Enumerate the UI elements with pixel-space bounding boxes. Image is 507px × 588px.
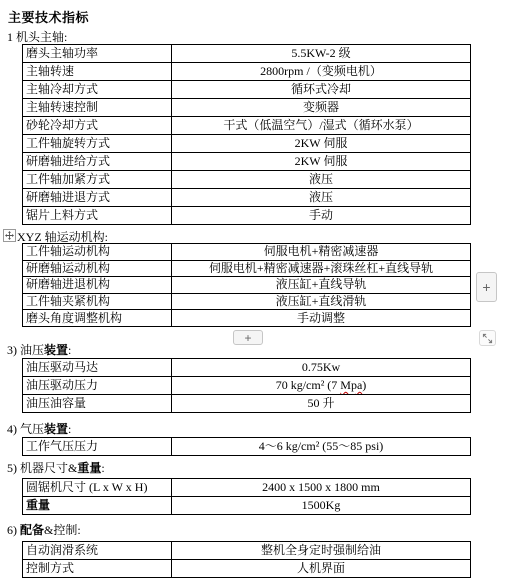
table-row: 油压驱动压力70 kg/cm² (7 Mpa) [23,377,471,395]
spec-label-cell: 自动润滑系统 [23,542,172,560]
spec-label-cell: 工件轴加紧方式 [23,171,172,189]
spec-value-cell: 液压 [172,171,471,189]
spec-value-cell: 伺服电机+精密减速器 [172,244,471,261]
section-heading-hydraulic: 3) 油压装置: [7,343,71,357]
document-page: 主要技术指标 1 机头主轴: 磨头主轴功率5.5KW-2 级主轴转速2800rp… [0,0,507,588]
table-resize-handle[interactable] [479,330,496,346]
spec-label-cell: 研磨轴进给方式 [23,153,172,171]
spec-label-cell: 主轴转速控制 [23,99,172,117]
table-row: 研磨轴进退机构液压缸+直线导轨 [23,277,471,294]
spec-label-cell: 砂轮冷却方式 [23,117,172,135]
spec-label-cell: 圆锯机尺寸 (L x W x H) [23,479,172,497]
spec-label-cell: 控制方式 [23,560,172,578]
spec-value-cell: 70 kg/cm² (7 Mpa) [172,377,471,395]
spec-table-spindle: 磨头主轴功率5.5KW-2 级主轴转速2800rpm /（变频电机）主轴冷却方式… [22,44,471,225]
section-heading-dimensions: 5) 机器尺寸&重量: [7,461,105,475]
spec-value-cell: 0.75Kw [172,359,471,377]
table-row: 锯片上料方式手动 [23,207,471,225]
table-row: 主轴冷却方式循环式冷却 [23,81,471,99]
table-row: 重量1500Kg [23,497,471,515]
table-row: 油压驱动马达0.75Kw [23,359,471,377]
spec-label-cell: 工件轴旋转方式 [23,135,172,153]
spec-value-cell: 2400 x 1500 x 1800 mm [172,479,471,497]
spec-value-cell: 手动调整 [172,310,471,327]
section-heading-spindle: 1 机头主轴: [7,30,67,44]
table-row: 工件轴旋转方式2KW 伺服 [23,135,471,153]
spec-label-cell: 工件轴夹紧机构 [23,293,172,310]
table-row: 工件轴加紧方式液压 [23,171,471,189]
table-row: 工件轴运动机构伺服电机+精密减速器 [23,244,471,261]
spec-value-cell: 1500Kg [172,497,471,515]
spec-table-pneumatic: 工作气压压力4～6 kg/cm² (55～85 psi) [22,437,471,456]
spec-value-cell: 液压缸+直线滑轨 [172,293,471,310]
spec-value-cell: 液压缸+直线导轨 [172,277,471,294]
spec-value-cell: 变频器 [172,99,471,117]
section-heading-xyz-motion: XYZ 轴运动机构: [17,230,108,244]
table-row: 圆锯机尺寸 (L x W x H)2400 x 1500 x 1800 mm [23,479,471,497]
spec-value-cell: 50 升 [172,395,471,413]
spec-value-cell: 循环式冷却 [172,81,471,99]
misspelled-word: Mpa [340,378,362,392]
table-row: 主轴转速2800rpm /（变频电机） [23,63,471,81]
table-row: 研磨轴进给方式2KW 伺服 [23,153,471,171]
spec-table-xyz-motion: 工件轴运动机构伺服电机+精密减速器研磨轴运动机构伺服电机+精密减速器+滚珠丝杠+… [22,243,471,327]
spec-value-cell: 2800rpm /（变频电机） [172,63,471,81]
table-row: 研磨轴进退方式液压 [23,189,471,207]
spec-label-cell: 重量 [23,497,172,515]
table-row: 研磨轴运动机构伺服电机+精密减速器+滚珠丝杠+直线导轨 [23,260,471,277]
spec-value-cell: 4～6 kg/cm² (55～85 psi) [172,438,471,456]
diagonal-resize-icon [482,333,493,344]
spec-table-dimensions: 圆锯机尺寸 (L x W x H)2400 x 1500 x 1800 mm重量… [22,478,471,515]
four-direction-arrows-icon [5,231,14,240]
table-row: 油压油容量50 升 [23,395,471,413]
table-row: 主轴转速控制变频器 [23,99,471,117]
spec-label-cell: 工作气压压力 [23,438,172,456]
table-row: 控制方式人机界面 [23,560,471,578]
spec-label-cell: 主轴转速 [23,63,172,81]
spec-label-cell: 磨头主轴功率 [23,45,172,63]
spec-label-cell: 研磨轴运动机构 [23,260,172,277]
spec-value-cell: 干式（低温空气）/湿式（循环水泵） [172,117,471,135]
spec-label-cell: 主轴冷却方式 [23,81,172,99]
table-row: 自动润滑系统整机全身定时强制给油 [23,542,471,560]
plus-icon: + [244,332,251,344]
spec-label-cell: 研磨轴进退机构 [23,277,172,294]
spec-value-cell: 2KW 伺服 [172,153,471,171]
spec-value-cell: 5.5KW-2 级 [172,45,471,63]
section-heading-pneumatic: 4) 气压装置: [7,422,71,436]
table-row: 工作气压压力4～6 kg/cm² (55～85 psi) [23,438,471,456]
insert-column-button[interactable]: + [476,272,497,302]
spec-label-cell: 研磨轴进退方式 [23,189,172,207]
table-move-handle-icon[interactable] [3,229,16,242]
spec-label-cell: 工件轴运动机构 [23,244,172,261]
spec-value-cell: 液压 [172,189,471,207]
spec-value-cell: 人机界面 [172,560,471,578]
spec-value-cell: 整机全身定时强制给油 [172,542,471,560]
table-row: 磨头主轴功率5.5KW-2 级 [23,45,471,63]
spec-table-control: 自动润滑系统整机全身定时强制给油控制方式人机界面 [22,541,471,578]
spec-label-cell: 锯片上料方式 [23,207,172,225]
section-heading-control: 6) 配备&控制: [7,523,81,537]
spec-label-cell: 油压驱动马达 [23,359,172,377]
spec-value-cell: 伺服电机+精密减速器+滚珠丝杠+直线导轨 [172,260,471,277]
spec-label-cell: 磨头角度调整机构 [23,310,172,327]
spec-table-hydraulic: 油压驱动马达0.75Kw油压驱动压力70 kg/cm² (7 Mpa)油压油容量… [22,358,471,413]
document-title: 主要技术指标 [8,7,89,26]
table-row: 工件轴夹紧机构液压缸+直线滑轨 [23,293,471,310]
insert-row-button[interactable]: + [233,330,263,345]
spec-label-cell: 油压油容量 [23,395,172,413]
spec-value-cell: 手动 [172,207,471,225]
plus-icon: + [482,279,490,295]
table-row: 磨头角度调整机构手动调整 [23,310,471,327]
spec-label-cell: 油压驱动压力 [23,377,172,395]
table-row: 砂轮冷却方式干式（低温空气）/湿式（循环水泵） [23,117,471,135]
spec-value-cell: 2KW 伺服 [172,135,471,153]
